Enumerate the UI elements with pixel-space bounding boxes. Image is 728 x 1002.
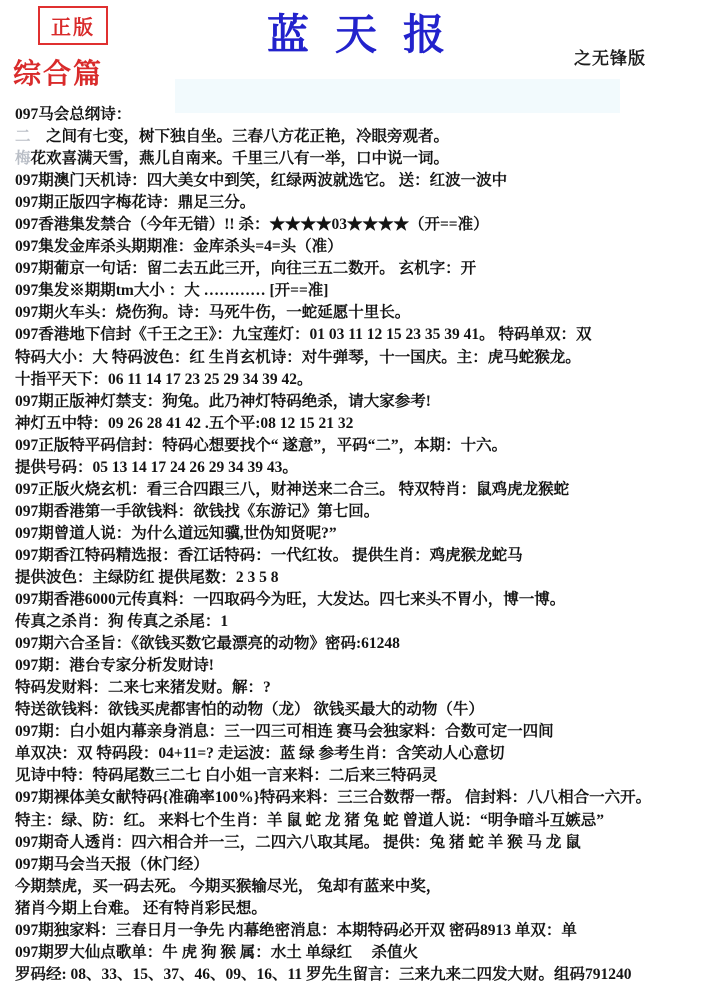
text-line: 今期禁虎，买一码去死。 今期买猴输尽光， 兔却有蓝来中奖， [15, 876, 725, 898]
edition-label: 之无锋版 [574, 44, 646, 69]
text-line: 二 之间有七变，树下独自坐。三春八方花正艳，冷眼旁观者。 [15, 126, 725, 148]
text-line: 097集发※期期tm大小 ：大 ………… [开==准] [15, 280, 725, 302]
text-line: 特码发财料：二来七来猪发财。解：? [15, 677, 725, 699]
faded-text: 二 [15, 128, 46, 145]
text-line: 神灯五中特：09 26 28 41 42 .五个平:08 12 15 21 32 [15, 413, 725, 435]
text-line: 097正版特平码信封：特码心想要找个“ 遂意”，平码“二”，本期：十六。 [15, 435, 725, 457]
text-line: 097香港集发禁合（今年无错）!! 杀：★★★★03★★★★（开==准） [15, 214, 725, 236]
text-line: 097集发金库杀头期期准：金库杀头=4=头（准） [15, 236, 725, 258]
text-line: 097期奇人透肖：四六相合并一三，二四六八取其尾。 提供：兔 猪 蛇 羊 猴 马… [15, 832, 725, 854]
text-line: 单双决：双 特码段：04+11=? 走运波：蓝 绿 参考生肖：含笑动人心意切 [15, 743, 725, 765]
text-line: 097期香港第一手欲钱料：欲钱找《东游记》第七回。 [15, 501, 725, 523]
text-line: 097期澳门天机诗：四大美女中到笑，红绿两波就选它。 送：红波一波中 [15, 170, 725, 192]
faded-text: 梅 [15, 150, 31, 167]
text-line: 提供波色：主绿防红 提供尾数：2 3 5 8 [15, 567, 725, 589]
text-line: 猪肖今期上台难。 还有特肖彩民想。 [15, 898, 725, 920]
text-line: 传真之杀肖：狗 传真之杀尾：1 [15, 611, 725, 633]
text-line: 特送欲钱料：欲钱买虎都害怕的动物（龙） 欲钱买最大的动物（牛） [15, 699, 725, 721]
text-line: 097期马会当天报（休门经） [15, 854, 725, 876]
text-line: 097期曾道人说：为什么道远知骥,世伪知贤呢?” [15, 523, 725, 545]
text-line: 097期：港台专家分析发财诗! [15, 655, 725, 677]
text-line: 097香港地下信封《千王之王》：九宝莲灯：01 03 11 12 15 23 3… [15, 324, 725, 346]
text-line: 特码大小：大 特码波色：红 生肖玄机诗：对牛弹琴，十一国庆。主：虎马蛇猴龙。 [15, 347, 725, 369]
text-line: 097期裸体美女献特码{准确率100%}特码来料：三三合数帮一帮。 信封料：八八… [15, 787, 725, 809]
genuine-stamp-badge: 正版 [38, 6, 108, 45]
section-header: 综合篇 [13, 52, 103, 92]
text-line: 097期正版神灯禁支：狗兔。此乃神灯特码绝杀，请大家参考! [15, 391, 725, 413]
text-line: 特主：绿、防：红。 来料七个生肖：羊 鼠 蛇 龙 猪 兔 蛇 曾道人说：“明争暗… [15, 810, 725, 832]
text-line: 097期葡京一句话：留二去五此三开，向往三五二数开。 玄机字：开 [15, 258, 725, 280]
text-line: 十指平天下：06 11 14 17 23 25 29 34 39 42。 [15, 369, 725, 391]
document-body: 097马会总纲诗：二 之间有七变，树下独自坐。三春八方花正艳，冷眼旁观者。梅花欢… [15, 104, 725, 986]
text-line: 097期香江特码精选报：香江话特码：一代红妆。 提供生肖：鸡虎猴龙蛇马 [15, 545, 725, 567]
text-line: 梅花欢喜满天雪，燕儿自南来。千里三八有一举，口中说一词。 [15, 148, 725, 170]
text-line: 097期六合圣旨：《欲钱买数它最漂亮的动物》密码:61248 [15, 633, 725, 655]
text-line: 罗码经: 08、33、15、37、46、09、16、11 罗先生留言：三来九来二… [15, 964, 725, 986]
text-line: 提供号码：05 13 14 17 24 26 29 34 39 43。 [15, 457, 725, 479]
text-line: 097马会总纲诗： [15, 104, 725, 126]
text-line: 097期火车头：烧伤狗。诗：马死牛伤，一蛇延愿十里长。 [15, 302, 725, 324]
text-line: 097期：白小姐内幕亲身消息：三一四三可相连 赛马会独家料：合数可定一四间 [15, 721, 725, 743]
text-line: 097期罗大仙点歌单：牛 虎 狗 猴 属：水土 单绿红 杀值火 [15, 942, 725, 964]
text-line: 097正版火烧玄机：看三合四跟三八，财神送来二合三。 特双特肖：鼠鸡虎龙猴蛇 [15, 479, 725, 501]
text-line: 097期正版四字梅花诗：鼎足三分。 [15, 192, 725, 214]
text-line: 见诗中特：特码尾数三二七 白小姐一言来料：二后来三特码灵 [15, 765, 725, 787]
text-line: 097期独家料：三春日月一争先 内幕绝密消息：本期特码必开双 密码8913 单双… [15, 920, 725, 942]
text-line: 097期香港6000元传真料：一四取码今为旺，大发达。四七来头不胃小，博一博。 [15, 589, 725, 611]
